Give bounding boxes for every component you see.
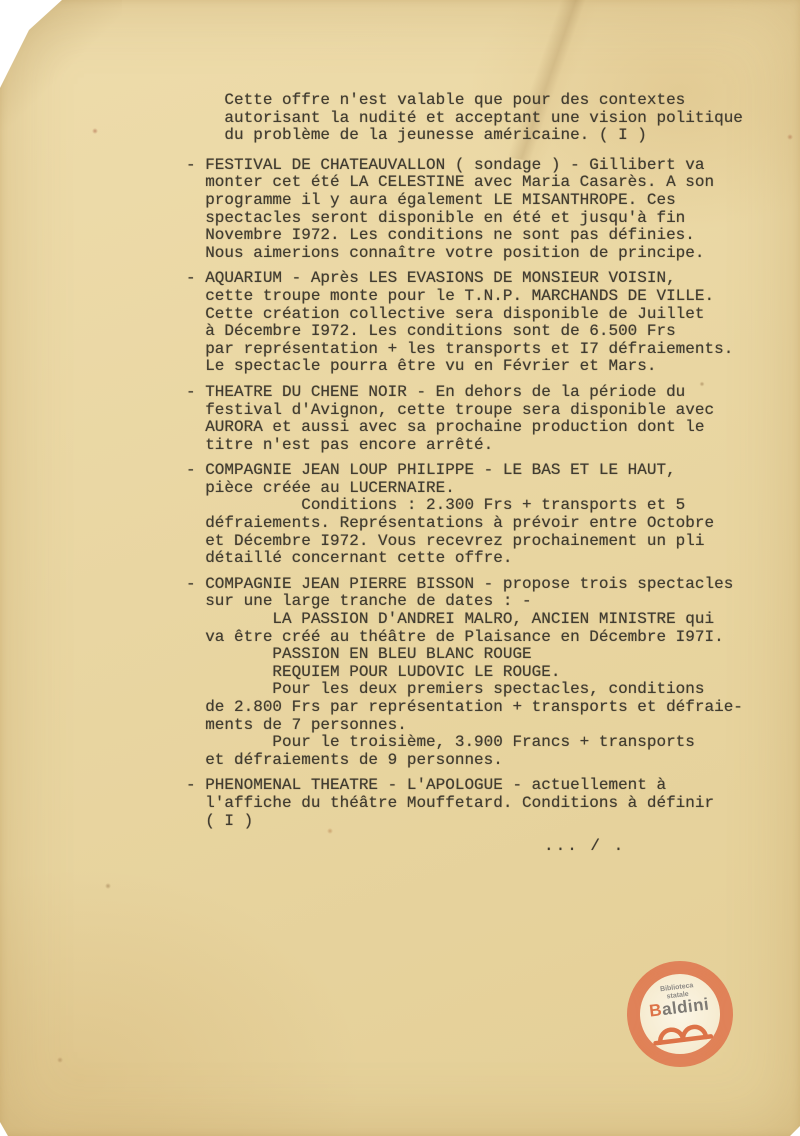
entry-aquarium: - AQUARIUM - Après LES EVASIONS DE MONSI… — [186, 270, 786, 376]
text-line: - PHENOMENAL THEATRE - L'APOLOGUE - actu… — [205, 777, 786, 795]
text-line: - COMPAGNIE JEAN PIERRE BISSON - propose… — [205, 576, 786, 594]
text-line: va être créé au théâtre de Plaisance en … — [205, 629, 786, 647]
text-line: l'affiche du théâtre Mouffetard. Conditi… — [205, 795, 786, 813]
scanned-document: Cette offre n'est valable que pour des c… — [0, 0, 800, 1136]
text-line: détaillé concernant cette offre. — [205, 550, 786, 568]
text-line: Pour le troisième, 3.900 Francs + transp… — [205, 734, 786, 752]
text-line: Cette création collective sera disponibl… — [205, 306, 786, 324]
entry-festival-chateauvallon: - FESTIVAL DE CHATEAUVALLON ( sondage ) … — [186, 157, 786, 263]
text-line: Le spectacle pourra être vu en Février e… — [205, 358, 786, 376]
continuation-mark: ... / . — [544, 838, 786, 856]
text-line: à Décembre I972. Les conditions sont de … — [205, 323, 786, 341]
text-line: REQUIEM POUR LUDOVIC LE ROUGE. — [205, 664, 786, 682]
text-line: spectacles seront disponible en été et j… — [205, 210, 786, 228]
entry-compagnie-jean-pierre-bisson: - COMPAGNIE JEAN PIERRE BISSON - propose… — [186, 576, 786, 770]
text-line: Cette offre n'est valable que pour des c… — [224, 92, 786, 110]
text-line: programme il y aura également LE MISANTH… — [205, 192, 786, 210]
text-line: du problème de la jeunesse américaine. (… — [224, 127, 786, 145]
entry-phenomenal-theatre: - PHENOMENAL THEATRE - L'APOLOGUE - actu… — [186, 777, 786, 830]
library-stamp: Biblioteca statale Baldini — [627, 961, 733, 1067]
paper-sheet: Cette offre n'est valable que pour des c… — [0, 0, 800, 1136]
text-line: pièce créée au LUCERNAIRE. — [205, 480, 786, 498]
text-line: Nous aimerions connaître votre position … — [205, 245, 786, 263]
text-line: festival d'Avignon, cette troupe sera di… — [205, 402, 786, 420]
text-line: et défraiements de 9 personnes. — [205, 752, 786, 770]
text-line: de 2.800 Frs par représentation + transp… — [205, 699, 786, 717]
entry-theatre-chene-noir: - THEATRE DU CHENE NOIR - En dehors de l… — [186, 384, 786, 454]
text-line: cette troupe monte pour le T.N.P. MARCHA… — [205, 288, 786, 306]
text-line: - AQUARIUM - Après LES EVASIONS DE MONSI… — [205, 270, 786, 288]
text-line: PASSION EN BLEU BLANC ROUGE — [205, 646, 786, 664]
text-line: sur une large tranche de dates : - — [205, 593, 786, 611]
text-line: autorisant la nudité et acceptant une vi… — [224, 110, 786, 128]
text-line: défraiements. Représentations à prévoir … — [205, 515, 786, 533]
letter-body: Cette offre n'est valable que pour des c… — [186, 92, 786, 856]
intro-paragraph: Cette offre n'est valable que pour des c… — [224, 92, 786, 145]
text-line: ( I ) — [205, 813, 786, 831]
text-line: Novembre I972. Les conditions ne sont pa… — [205, 227, 786, 245]
text-line: AURORA et aussi avec sa prochaine produc… — [205, 419, 786, 437]
text-line: LA PASSION D'ANDREI MALRO, ANCIEN MINIST… — [205, 611, 786, 629]
text-line: Conditions : 2.300 Frs + transports et 5 — [205, 497, 786, 515]
text-line: par représentation + les transports et I… — [205, 341, 786, 359]
text-line: titre n'est pas encore arrêté. — [205, 437, 786, 455]
stamp-content: Biblioteca statale Baldini — [635, 969, 724, 1058]
text-line: et Décembre I972. Vous recevrez prochain… — [205, 533, 786, 551]
folded-corner-shade — [0, 0, 122, 130]
text-line: ments de 7 personnes. — [205, 717, 786, 735]
text-line: monter cet été LA CELESTINE avec Maria C… — [205, 174, 786, 192]
text-line: Pour les deux premiers spectacles, condi… — [205, 681, 786, 699]
text-line: - THEATRE DU CHENE NOIR - En dehors de l… — [205, 384, 786, 402]
text-line: - FESTIVAL DE CHATEAUVALLON ( sondage ) … — [205, 157, 786, 175]
entry-compagnie-jean-loup-philippe: - COMPAGNIE JEAN LOUP PHILIPPE - LE BAS … — [186, 462, 786, 568]
text-line: - COMPAGNIE JEAN LOUP PHILIPPE - LE BAS … — [205, 462, 786, 480]
